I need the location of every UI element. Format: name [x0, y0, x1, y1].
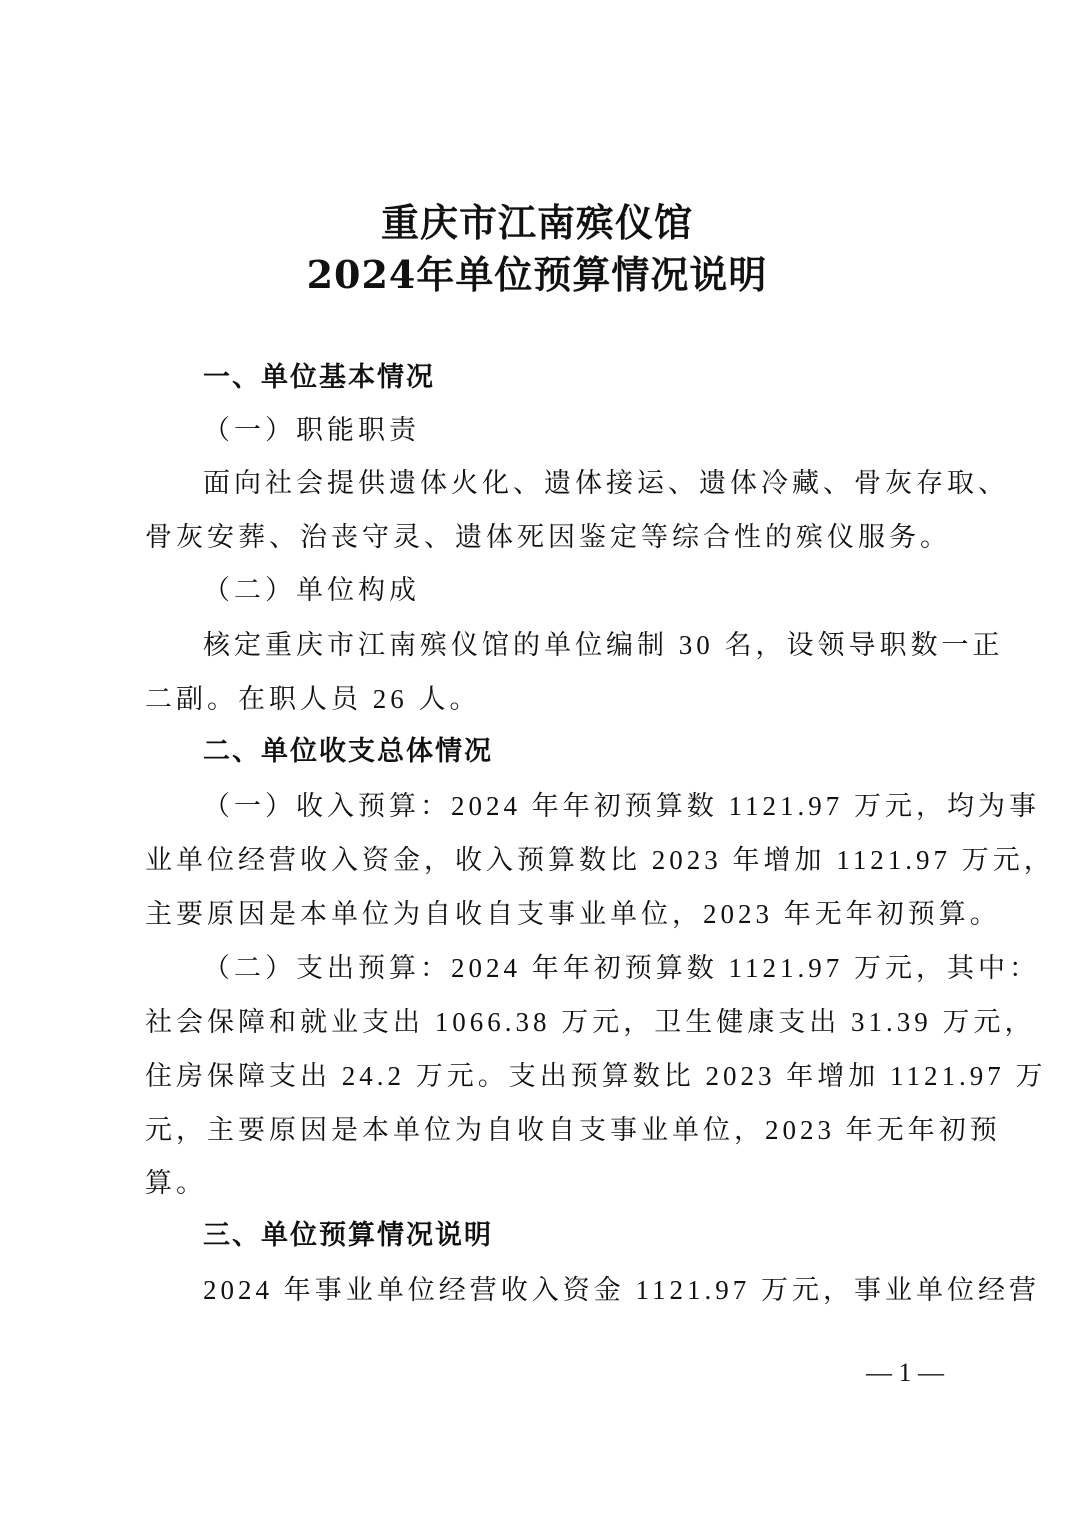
paragraph-line: 骨灰安葬、治丧守灵、遗体死因鉴定等综合性的殡仪服务。 — [145, 519, 945, 555]
paragraph-line: 主要原因是本单位为自收自支事业单位，2023 年无年初预算。 — [145, 896, 945, 932]
section-heading-3: 三、单位预算情况说明 — [203, 1218, 1003, 1254]
paragraph-line: 2024 年事业单位经营收入资金 1121.97 万元，事业单位经营 — [203, 1272, 1003, 1308]
subheading-functions: （一）职能职责 — [203, 412, 1003, 448]
paragraph-line: （二）支出预算：2024 年年初预算数 1121.97 万元，其中： — [203, 950, 1003, 986]
paragraph-line: 社会保障和就业支出 1066.38 万元，卫生健康支出 31.39 万元， — [145, 1004, 945, 1040]
subheading-composition: （二）单位构成 — [203, 572, 1003, 608]
paragraph-line: 业单位经营收入资金，收入预算数比 2023 年增加 1121.97 万元， — [145, 842, 945, 878]
paragraph-line: 住房保障支出 24.2 万元。支出预算数比 2023 年增加 1121.97 万 — [145, 1058, 945, 1094]
paragraph-line: 算。 — [145, 1165, 945, 1201]
document-title-line2: 2024年单位预算情况说明 — [0, 244, 1074, 299]
paragraph-line: 二副。在职人员 26 人。 — [145, 681, 945, 717]
paragraph-line: 面向社会提供遗体火化、遗体接运、遗体冷藏、骨灰存取、 — [203, 465, 1003, 501]
paragraph-line: 核定重庆市江南殡仪馆的单位编制 30 名，设领导职数一正 — [203, 627, 1003, 663]
section-heading-1: 一、单位基本情况 — [203, 360, 1003, 396]
paragraph-line: （一）收入预算：2024 年年初预算数 1121.97 万元，均为事 — [203, 788, 1003, 824]
document-title-line1: 重庆市江南殡仪馆 — [0, 192, 1074, 247]
paragraph-line: 元，主要原因是本单位为自收自支事业单位，2023 年无年初预 — [145, 1112, 945, 1148]
section-heading-2: 二、单位收支总体情况 — [203, 734, 1003, 770]
page-number: — 1 — — [866, 1358, 944, 1388]
